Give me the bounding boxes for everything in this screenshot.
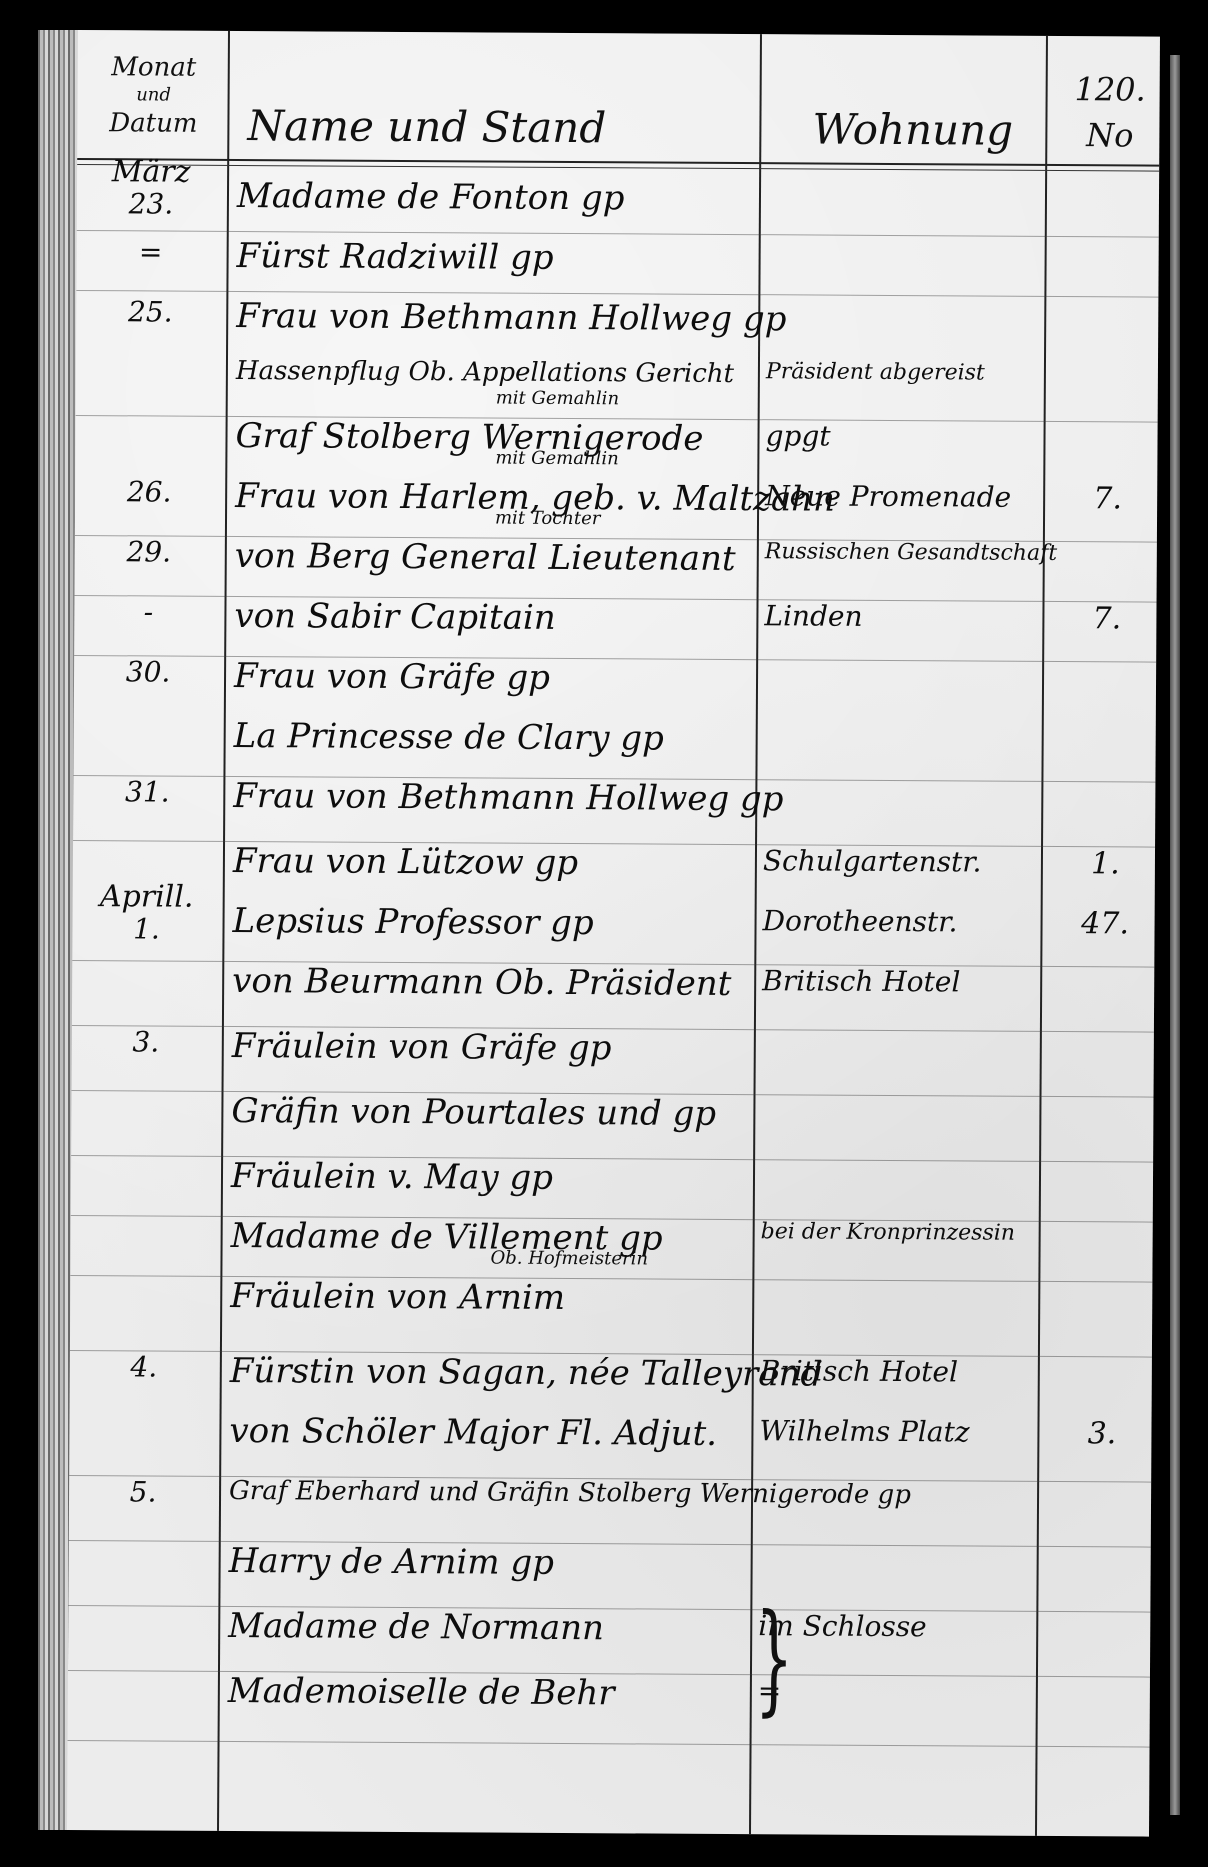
entry-residence: Neue Promenade bbox=[765, 479, 1011, 514]
header-date-line-2: und bbox=[84, 84, 224, 107]
entry-day: 25. bbox=[128, 295, 173, 328]
entry-number bbox=[1062, 241, 1157, 242]
entry-date: 3. bbox=[76, 1025, 216, 1059]
entry-number: 1. bbox=[1058, 846, 1153, 882]
entry-residence: Wilhelms Platz bbox=[759, 1414, 969, 1448]
entry-day: 5. bbox=[130, 1475, 157, 1508]
entry-name: La Princesse de Clary gp bbox=[234, 716, 664, 759]
entry-list: März23.Madame de Fonton gp=Fürst Radziwi… bbox=[78, 30, 1160, 37]
entry-name: von Sabir Capitain bbox=[234, 596, 556, 638]
entry-name: Gräfin von Pourtales und gp bbox=[231, 1091, 716, 1134]
entry-note: Ob. Hofmeisterin bbox=[490, 1248, 648, 1270]
entry-date bbox=[74, 1410, 214, 1411]
entry-date: 31. bbox=[77, 775, 217, 809]
entry-residence: Britisch Hotel bbox=[762, 964, 960, 998]
entry-day: 3. bbox=[132, 1025, 159, 1058]
entry-name: Fräulein von Arnim bbox=[230, 1276, 565, 1318]
entry-name: Graf Eberhard und Gräfin Stolberg Wernig… bbox=[229, 1476, 911, 1510]
entry-date: Aprill.1. bbox=[76, 882, 216, 946]
entry-day: 30. bbox=[126, 655, 171, 688]
entry-name: Madame de Fonton gp bbox=[237, 176, 625, 218]
entry-name: von Schöler Major Fl. Adjut. bbox=[229, 1411, 717, 1454]
entry-residence: Linden bbox=[764, 599, 862, 633]
entry-date: März23. bbox=[81, 157, 221, 221]
entry-date bbox=[80, 355, 220, 356]
entry-day: 26. bbox=[127, 475, 172, 508]
entry-name: Frau von Bethmann Hollweg gp bbox=[236, 296, 786, 339]
register-entry: Aprill.1.Lepsius Professor gpDorotheenst… bbox=[73, 900, 1155, 907]
entry-name: von Berg General Lieutenant bbox=[235, 536, 736, 579]
entry-name: Fürstin von Sagan, née Talleyrand bbox=[230, 1351, 823, 1395]
entry-residence: bei der Kronprinzessin bbox=[761, 1219, 1015, 1246]
entry-name: Frau von Gräfe gp bbox=[234, 656, 550, 698]
page-number: 120. bbox=[1063, 66, 1158, 113]
header-number-label: No bbox=[1062, 112, 1157, 159]
entry-note: mit Gemahlin bbox=[495, 448, 618, 470]
register-entry: La Princesse de Clary gp bbox=[74, 715, 1156, 722]
entry-number: 3. bbox=[1054, 1416, 1149, 1452]
entry-residence: Schulgartenstr. bbox=[763, 844, 982, 878]
entry-date: = bbox=[81, 235, 221, 269]
register-entry: von Schöler Major Fl. Adjut.Wilhelms Pla… bbox=[70, 1410, 1152, 1417]
entry-name: Madame de Normann bbox=[228, 1606, 604, 1648]
register-entry: 26.Frau von Harlem, geb. v. Maltzahnmit … bbox=[75, 475, 1157, 482]
register-entry: Madame de Villement gpOb. Hofmeisterinbe… bbox=[71, 1215, 1153, 1222]
entry-day: 4. bbox=[130, 1350, 157, 1383]
entry-name: von Beurmann Ob. Präsident bbox=[232, 961, 731, 1004]
brace-mark: } bbox=[755, 1599, 794, 1719]
header-rule bbox=[77, 158, 1159, 172]
header-date: Monat und Datum bbox=[83, 50, 224, 141]
entry-name: Fürst Radziwill gp bbox=[237, 236, 554, 278]
entry-date: - bbox=[78, 595, 218, 629]
entry-number: 7. bbox=[1059, 601, 1154, 637]
entry-residence: Dorotheenstr. bbox=[762, 904, 957, 938]
entry-number: 47. bbox=[1057, 906, 1152, 942]
entry-day: = bbox=[139, 235, 163, 268]
entry-name: Hassenpflug Ob. Appellations Gericht bbox=[236, 356, 734, 389]
entry-date: 25. bbox=[80, 295, 220, 329]
entry-name: Graf Stolberg Wernigerode bbox=[235, 416, 703, 459]
register-page: Monat und Datum Name und Stand Wohnung 1… bbox=[67, 30, 1160, 1837]
entry-date: 5. bbox=[73, 1475, 213, 1509]
entry-month: März bbox=[81, 157, 221, 188]
entry-name: Frau von Bethmann Hollweg gp bbox=[233, 776, 783, 819]
entry-date: 29. bbox=[79, 535, 219, 569]
entry-number bbox=[1062, 181, 1157, 182]
entry-number: 7. bbox=[1060, 481, 1155, 517]
register-entry: März23.Madame de Fonton gp bbox=[77, 175, 1159, 182]
entry-day: 31. bbox=[125, 775, 170, 808]
entry-day: 23. bbox=[129, 187, 174, 220]
entry-note: mit Tochter bbox=[495, 508, 601, 530]
entry-residence: gpgt bbox=[765, 419, 830, 452]
entry-residence: Präsident abgereist bbox=[766, 359, 985, 385]
register-entry: Hassenpflug Ob. Appellations Gerichtmit … bbox=[76, 355, 1158, 362]
entry-residence: Russischen Gesandtschaft bbox=[765, 539, 1057, 566]
ruled-line bbox=[68, 1740, 1150, 1748]
register-entry: 29.von Berg General LieutenantRussischen… bbox=[75, 535, 1157, 542]
entry-name: Frau von Lützow gp bbox=[233, 841, 578, 883]
entry-date: 4. bbox=[74, 1350, 214, 1384]
entry-date: 26. bbox=[79, 475, 219, 509]
entry-residence: Britisch Hotel bbox=[760, 1354, 958, 1388]
header-date-line-1: Monat bbox=[84, 50, 224, 85]
entry-number bbox=[1061, 301, 1156, 302]
entry-number bbox=[1061, 361, 1156, 362]
header-number: 120. No bbox=[1062, 66, 1158, 159]
entry-month: Aprill. bbox=[77, 882, 217, 913]
header-name: Name und Stand bbox=[247, 101, 606, 152]
entry-note: mit Gemahlin bbox=[496, 388, 619, 410]
page-edge bbox=[1170, 55, 1180, 1815]
entry-name: Fräulein von Gräfe gp bbox=[232, 1026, 612, 1068]
header-residence: Wohnung bbox=[812, 104, 1013, 154]
entry-day: - bbox=[144, 595, 154, 628]
entry-name: Fräulein v. May gp bbox=[231, 1156, 553, 1198]
entry-name: Harry de Arnim gp bbox=[229, 1541, 555, 1583]
entry-name: Mademoiselle de Behr bbox=[228, 1671, 615, 1713]
entry-day: 29. bbox=[126, 535, 171, 568]
entry-day: 1. bbox=[133, 912, 160, 945]
residence-column-rule bbox=[1035, 36, 1047, 1836]
entry-number bbox=[1059, 721, 1154, 722]
header-date-line-3: Datum bbox=[83, 106, 223, 141]
entry-date: 30. bbox=[78, 655, 218, 689]
entry-date bbox=[78, 715, 218, 716]
entry-name: Lepsius Professor gp bbox=[232, 901, 593, 943]
